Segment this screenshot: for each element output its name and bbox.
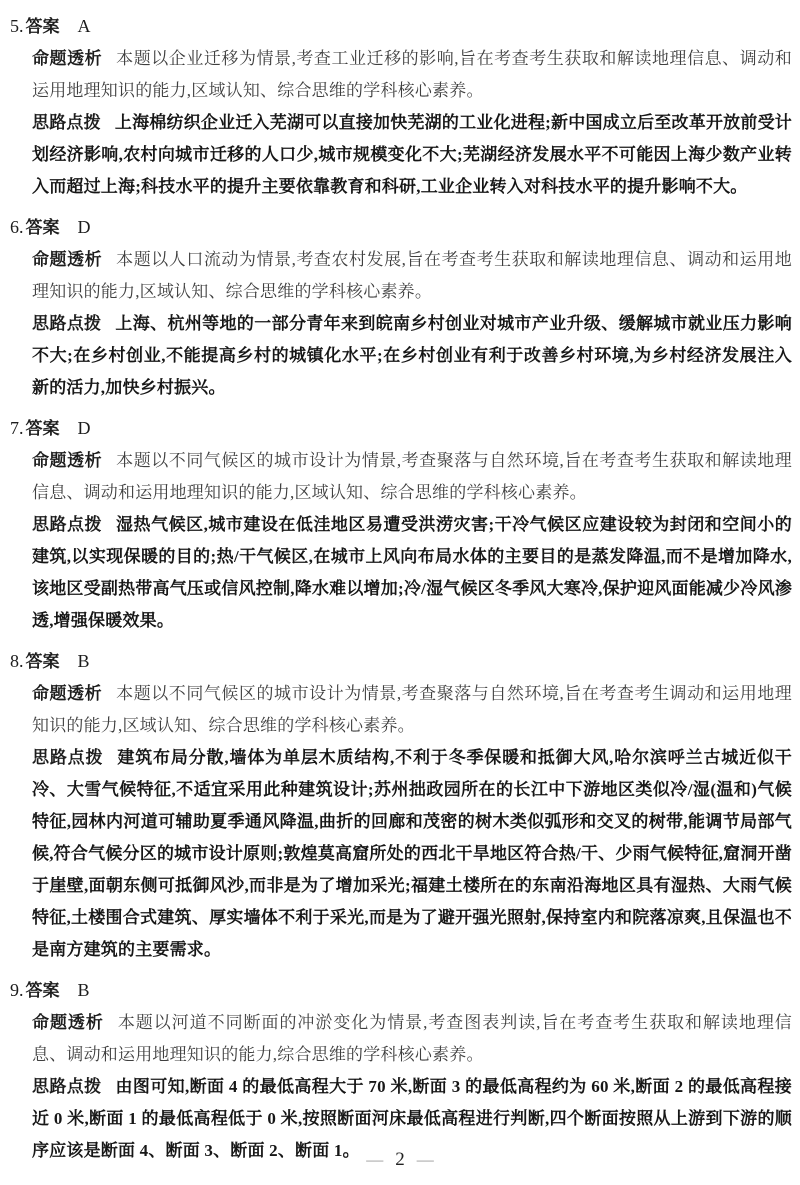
analysis-label: 命题透析 bbox=[32, 451, 102, 470]
answer-item-8: 8.答案B 命题透析本题以不同气候区的城市设计为情景,考查聚落与自然环境,旨在考… bbox=[10, 645, 792, 966]
tips-text: 由图可知,断面 4 的最低高程大于 70 米,断面 3 的最低高程约为 60 米… bbox=[32, 1077, 792, 1160]
answer-letter: D bbox=[78, 418, 91, 438]
answer-label: 答案 bbox=[26, 981, 60, 1000]
page-footer: —2— bbox=[0, 1149, 800, 1171]
answer-item-7: 7.答案D 命题透析本题以不同气候区的城市设计为情景,考查聚落与自然环境,旨在考… bbox=[10, 412, 792, 637]
answer-label: 答案 bbox=[26, 652, 60, 671]
answer-line: 5.答案A bbox=[10, 10, 792, 43]
answer-label: 答案 bbox=[26, 218, 60, 237]
answer-label: 答案 bbox=[26, 17, 60, 36]
analysis-label: 命题透析 bbox=[32, 684, 102, 703]
analysis-text: 本题以不同气候区的城市设计为情景,考查聚落与自然环境,旨在考查考生调动和运用地理… bbox=[32, 684, 792, 735]
tips-label: 思路点拨 bbox=[32, 1077, 101, 1096]
analysis-text: 本题以河道不同断面的冲淤变化为情景,考查图表判读,旨在考查考生获取和解读地理信息… bbox=[32, 1013, 792, 1064]
answer-item-6: 6.答案D 命题透析本题以人口流动为情景,考查农村发展,旨在考查考生获取和解读地… bbox=[10, 211, 792, 404]
answer-line: 7.答案D bbox=[10, 412, 792, 445]
item-number: 9. bbox=[10, 980, 24, 1000]
analysis-paragraph: 命题透析本题以不同气候区的城市设计为情景,考查聚落与自然环境,旨在考查考生调动和… bbox=[32, 678, 792, 742]
analysis-text: 本题以企业迁移为情景,考查工业迁移的影响,旨在考查考生获取和解读地理信息、调动和… bbox=[32, 49, 792, 100]
item-number: 8. bbox=[10, 651, 24, 671]
tips-text: 建筑布局分散,墙体为单层木质结构,不利于冬季保暖和抵御大风,哈尔滨呼兰古城近似干… bbox=[32, 748, 792, 959]
tips-label: 思路点拨 bbox=[32, 314, 101, 333]
analysis-paragraph: 命题透析本题以河道不同断面的冲淤变化为情景,考查图表判读,旨在考查考生获取和解读… bbox=[32, 1007, 792, 1071]
tips-paragraph: 思路点拨上海棉纺织企业迁入芜湖可以直接加快芜湖的工业化进程;新中国成立后至改革开… bbox=[32, 107, 792, 203]
tips-label: 思路点拨 bbox=[32, 113, 101, 132]
tips-text: 上海、杭州等地的一部分青年来到皖南乡村创业对城市产业升级、缓解城市就业压力影响不… bbox=[32, 314, 792, 397]
analysis-text: 本题以人口流动为情景,考查农村发展,旨在考查考生获取和解读地理信息、调动和运用地… bbox=[32, 250, 792, 301]
tips-paragraph: 思路点拨建筑布局分散,墙体为单层木质结构,不利于冬季保暖和抵御大风,哈尔滨呼兰古… bbox=[32, 742, 792, 966]
analysis-text: 本题以不同气候区的城市设计为情景,考查聚落与自然环境,旨在考查考生获取和解读地理… bbox=[32, 451, 792, 502]
item-number: 7. bbox=[10, 418, 24, 438]
tips-paragraph: 思路点拨上海、杭州等地的一部分青年来到皖南乡村创业对城市产业升级、缓解城市就业压… bbox=[32, 308, 792, 404]
item-number: 5. bbox=[10, 16, 24, 36]
answer-item-9: 9.答案B 命题透析本题以河道不同断面的冲淤变化为情景,考查图表判读,旨在考查考… bbox=[10, 974, 792, 1167]
answer-line: 9.答案B bbox=[10, 974, 792, 1007]
answer-letter: A bbox=[78, 16, 91, 36]
analysis-label: 命题透析 bbox=[32, 49, 102, 68]
tips-label: 思路点拨 bbox=[32, 748, 103, 767]
answer-item-5: 5.答案A 命题透析本题以企业迁移为情景,考查工业迁移的影响,旨在考查考生获取和… bbox=[10, 10, 792, 203]
item-number: 6. bbox=[10, 217, 24, 237]
answer-letter: D bbox=[78, 217, 91, 237]
analysis-label: 命题透析 bbox=[32, 1013, 104, 1032]
tips-text: 湿热气候区,城市建设在低洼地区易遭受洪涝灾害;干冷气候区应建设较为封闭和空间小的… bbox=[32, 515, 792, 630]
tips-text: 上海棉纺织企业迁入芜湖可以直接加快芜湖的工业化进程;新中国成立后至改革开放前受计… bbox=[32, 113, 792, 196]
analysis-label: 命题透析 bbox=[32, 250, 102, 269]
footer-dash-right: — bbox=[417, 1150, 434, 1169]
answer-key-page: 5.答案A 命题透析本题以企业迁移为情景,考查工业迁移的影响,旨在考查考生获取和… bbox=[0, 0, 800, 1185]
footer-dash-left: — bbox=[366, 1150, 383, 1169]
analysis-paragraph: 命题透析本题以不同气候区的城市设计为情景,考查聚落与自然环境,旨在考查考生获取和… bbox=[32, 445, 792, 509]
answer-letter: B bbox=[78, 651, 90, 671]
analysis-paragraph: 命题透析本题以企业迁移为情景,考查工业迁移的影响,旨在考查考生获取和解读地理信息… bbox=[32, 43, 792, 107]
tips-paragraph: 思路点拨湿热气候区,城市建设在低洼地区易遭受洪涝灾害;干冷气候区应建设较为封闭和… bbox=[32, 509, 792, 637]
page-number: 2 bbox=[395, 1149, 405, 1170]
answer-line: 8.答案B bbox=[10, 645, 792, 678]
answer-label: 答案 bbox=[26, 419, 60, 438]
tips-label: 思路点拨 bbox=[32, 515, 102, 534]
answer-letter: B bbox=[78, 980, 90, 1000]
answer-line: 6.答案D bbox=[10, 211, 792, 244]
analysis-paragraph: 命题透析本题以人口流动为情景,考查农村发展,旨在考查考生获取和解读地理信息、调动… bbox=[32, 244, 792, 308]
